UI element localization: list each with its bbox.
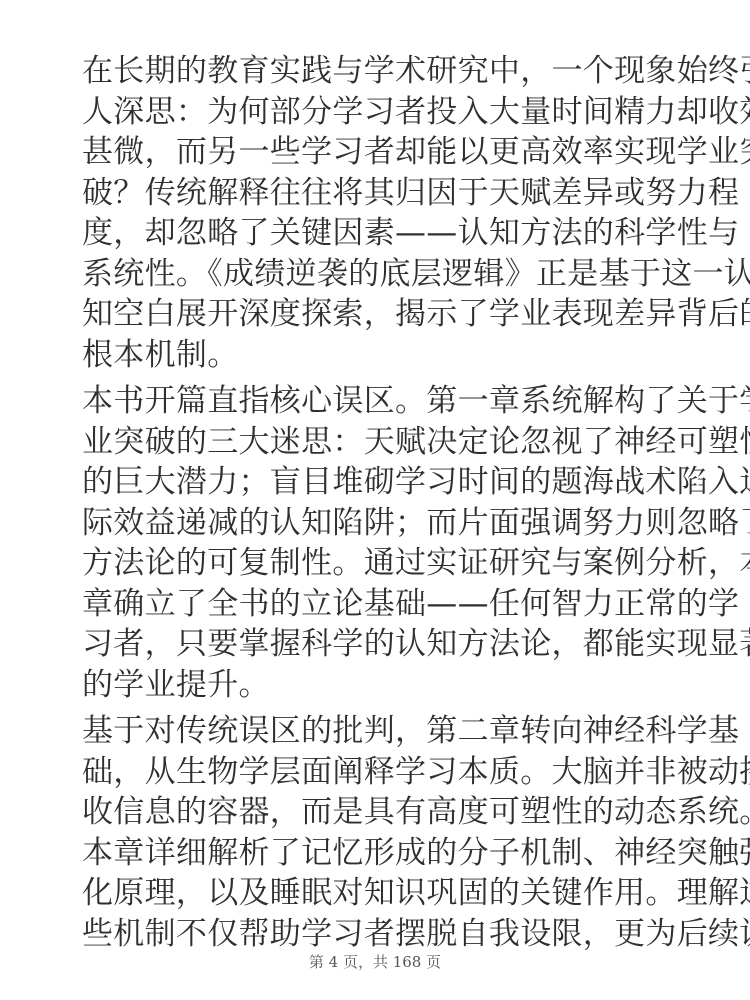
- text-line: 际效益递减的认知陷阱；而片面强调努力则忽略了: [82, 503, 672, 544]
- text-line: 业突破的三大迷思：天赋决定论忽视了神经可塑性: [82, 422, 672, 463]
- page-indicator: 第 4 页，共 168 页: [0, 951, 750, 973]
- text-line: 根本机制。: [82, 335, 672, 376]
- text-line: 些机制不仅帮助学习者摆脱自我设限，更为后续认: [82, 914, 672, 955]
- text-line: 的巨大潜力；盲目堆砌学习时间的题海战术陷入边: [82, 462, 672, 503]
- paragraph-chapter-one: 本书开篇直指核心误区。第一章系统解构了关于学 业突破的三大迷思：天赋决定论忽视了…: [82, 381, 672, 705]
- text-line: 系统性。《成绩逆袭的底层逻辑》正是基于这一认: [82, 254, 672, 295]
- text-line: 度，却忽略了关键因素——认知方法的科学性与: [82, 213, 672, 254]
- text-line: 基于对传统误区的批判，第二章转向神经科学基: [82, 711, 672, 752]
- text-line: 础，从生物学层面阐释学习本质。大脑并非被动接: [82, 752, 672, 793]
- text-line: 人深思：为何部分学习者投入大量时间精力却收效: [82, 92, 672, 133]
- text-line: 章确立了全书的立论基础——任何智力正常的学: [82, 584, 672, 625]
- paragraph-intro: 在长期的教育实践与学术研究中，一个现象始终引 人深思：为何部分学习者投入大量时间…: [82, 51, 672, 375]
- text-line: 甚微，而另一些学习者却能以更高效率实现学业突: [82, 132, 672, 173]
- paragraph-chapter-two: 基于对传统误区的批判，第二章转向神经科学基 础，从生物学层面阐释学习本质。大脑并…: [82, 711, 672, 954]
- document-body: 在长期的教育实践与学术研究中，一个现象始终引 人深思：为何部分学习者投入大量时间…: [82, 51, 672, 960]
- text-line: 化原理，以及睡眠对知识巩固的关键作用。理解这: [82, 873, 672, 914]
- text-line: 本书开篇直指核心误区。第一章系统解构了关于学: [82, 381, 672, 422]
- text-line: 破？传统解释往往将其归因于天赋差异或努力程: [82, 173, 672, 214]
- text-line: 的学业提升。: [82, 665, 672, 706]
- text-line: 方法论的可复制性。通过实证研究与案例分析，本: [82, 543, 672, 584]
- text-line: 本章详细解析了记忆形成的分子机制、神经突触强: [82, 833, 672, 874]
- text-line: 习者，只要掌握科学的认知方法论，都能实现显著: [82, 624, 672, 665]
- text-line: 知空白展开深度探索，揭示了学业表现差异背后的: [82, 294, 672, 335]
- text-line: 在长期的教育实践与学术研究中，一个现象始终引: [82, 51, 672, 92]
- text-line: 收信息的容器，而是具有高度可塑性的动态系统。: [82, 792, 672, 833]
